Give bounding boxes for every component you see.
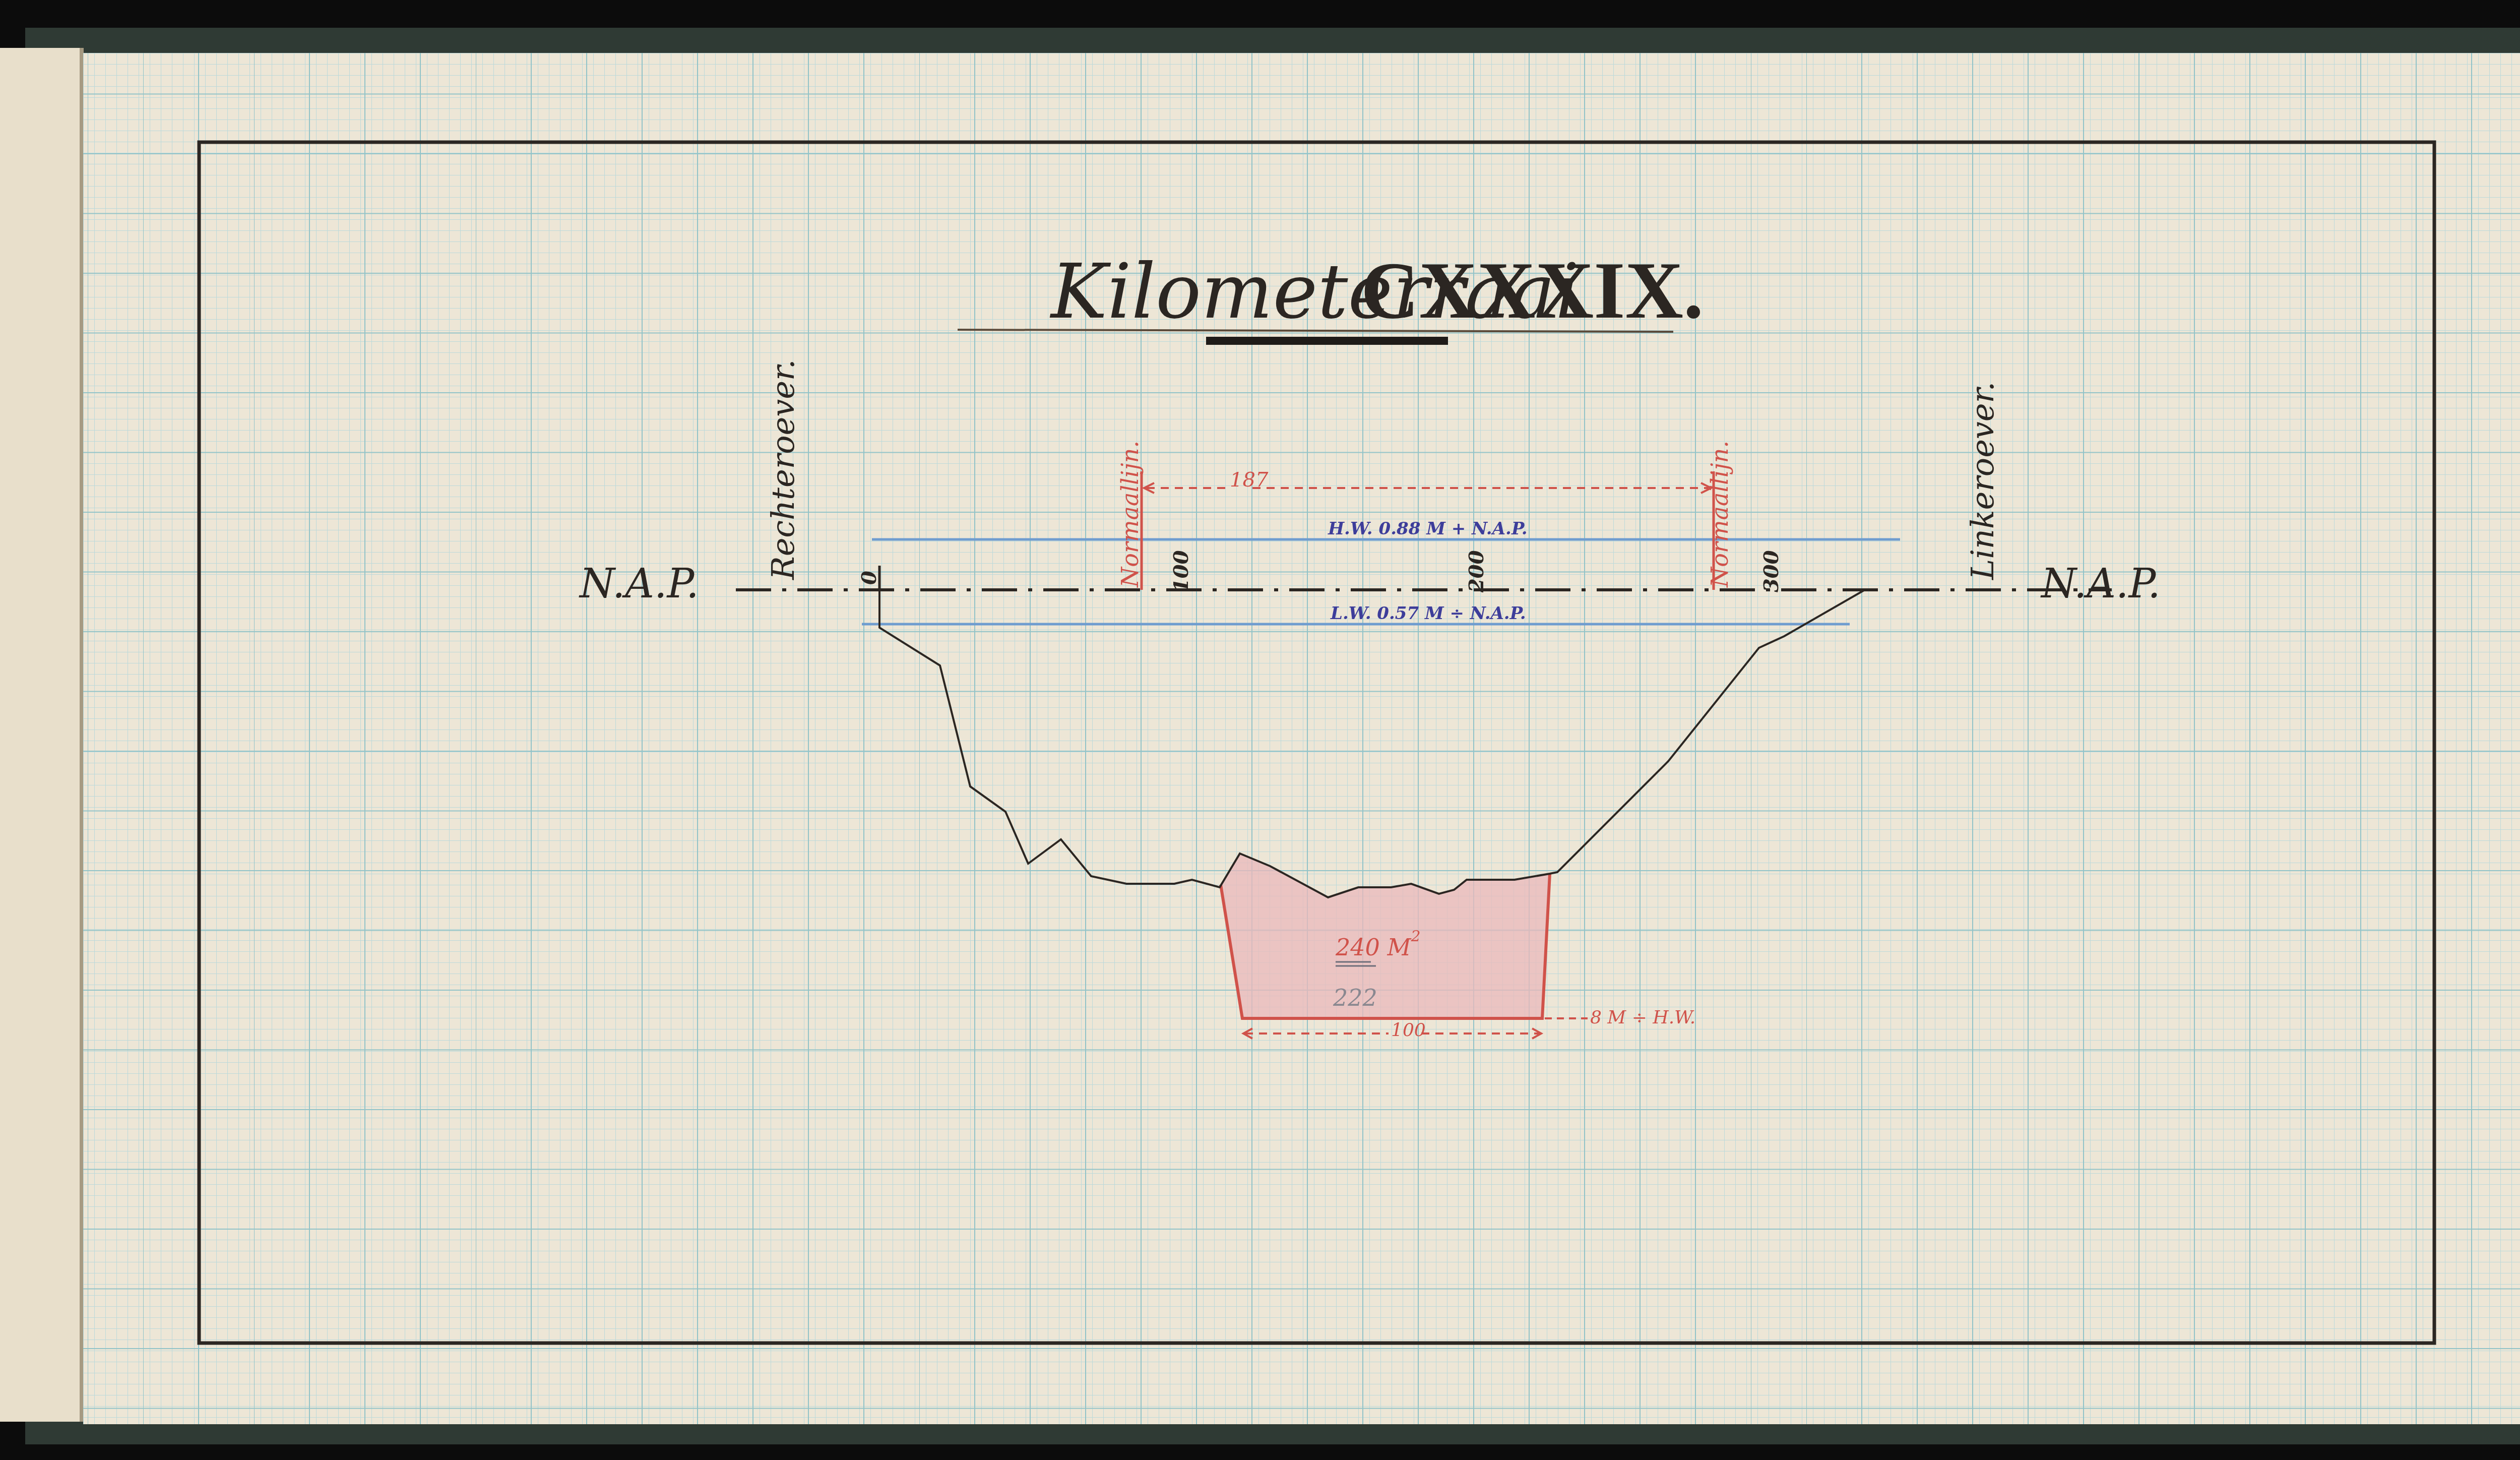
left-facing-page	[0, 48, 83, 1422]
channel-depth-label: 8 M ÷ H.W.	[1590, 1007, 1695, 1028]
station-100: 100	[1169, 550, 1193, 592]
high-water-label: H.W. 0.88 M + N.A.P.	[1328, 519, 1528, 539]
low-water-label: L.W. 0.57 M ÷ N.A.P.	[1330, 603, 1526, 624]
title-underline-bar	[1206, 337, 1448, 345]
normal-line-left-label: Normaallijn.	[1116, 441, 1144, 588]
normal-line-right-label: Normaallijn.	[1706, 441, 1733, 588]
left-bank-label: Linkeroever.	[1964, 382, 2001, 580]
station-300: 300	[1759, 550, 1783, 592]
drawing-sheet: Kilometerraai CXXXIX. H.W. 0.88 M + N.A.…	[0, 0, 2520, 1460]
channel-area-alt: 222	[1333, 984, 1377, 1011]
title-block: Kilometerraai CXXXIX.	[958, 246, 1704, 345]
channel-bottom-width: 100	[1391, 1020, 1426, 1041]
nap-label-right: N.A.P.	[2040, 560, 2161, 607]
title-numeral: CXXXIX.	[1361, 246, 1704, 335]
station-200: 200	[1465, 550, 1488, 593]
right-bank-label: Rechteroever.	[765, 359, 801, 580]
page-gutter	[80, 48, 84, 1422]
station-0: 0	[857, 571, 881, 585]
nap-label-left: N.A.P.	[579, 560, 699, 607]
normal-line-spacing: 187	[1230, 468, 1269, 492]
